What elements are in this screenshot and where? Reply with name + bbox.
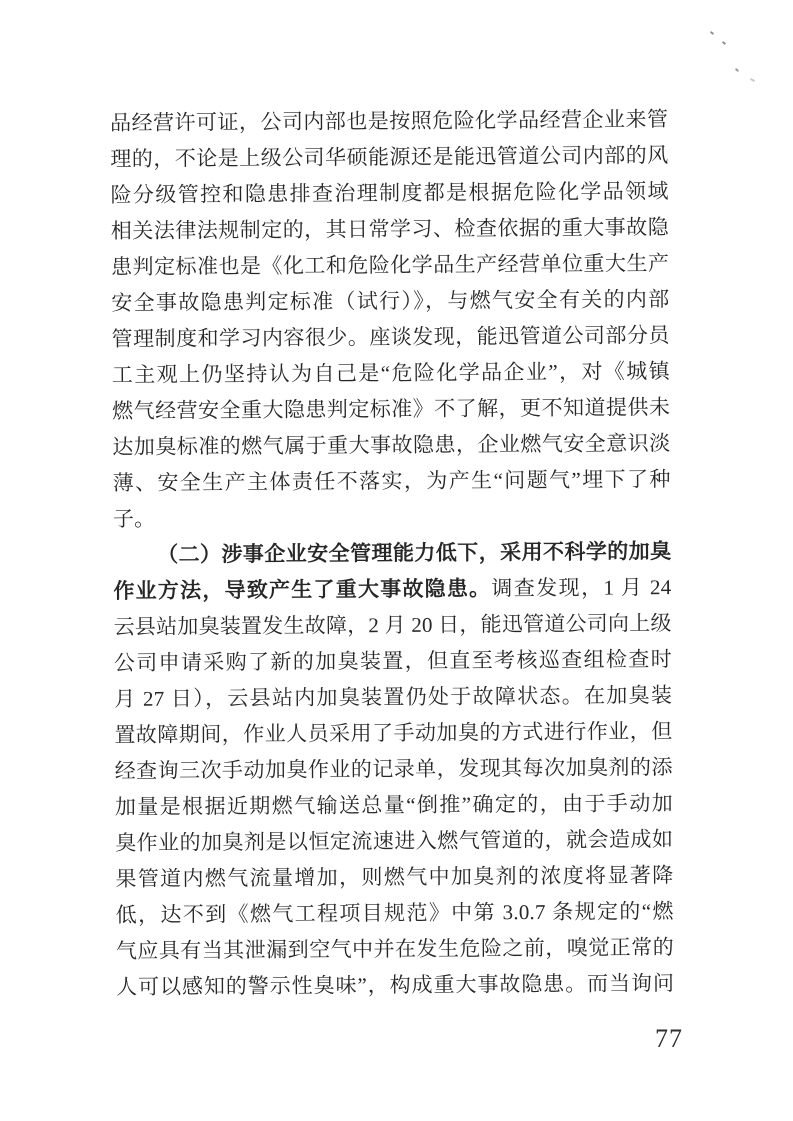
text-line: 薄、安全生产主体责任不落实，为产生“问题气”埋下了种 bbox=[113, 461, 671, 501]
text-run: 气应具有当其泄漏到空气中并在发生危险之前，嗅觉正常的 bbox=[116, 935, 674, 963]
text-line: 置故障期间，作业人员采用了手动加臭的方式进行作业，但 bbox=[114, 713, 672, 753]
scan-artifact-speck bbox=[710, 31, 714, 35]
text-run: 加量是根据近期燃气输送总量“倒推”确定的，由于手动加 bbox=[115, 791, 673, 819]
text-run: 子。 bbox=[113, 507, 156, 531]
text-run: 相关法律法规制定的，其日常学习、检查依据的重大事故隐 bbox=[111, 215, 669, 243]
bold-text-run: （二）涉事企业安全管理能力低下，采用不科学的加臭 bbox=[157, 539, 671, 567]
text-run: 管理制度和学习内容很少。座谈发现，能迅管道公司部分员 bbox=[112, 323, 670, 351]
text-line: 理的，不论是上级公司华硕能源还是能迅管道公司内部的风 bbox=[110, 137, 668, 177]
text-run: 经查询三次手动加臭作业的记录单，发现其每次加臭剂的添 bbox=[115, 755, 673, 783]
text-run: 低，达不到《燃气工程项目规范》中第 3.0.7 条规定的“燃 bbox=[116, 899, 674, 927]
text-line: 经查询三次手动加臭作业的记录单，发现其每次加臭剂的添 bbox=[115, 749, 673, 789]
text-run: 公司申请采购了新的加臭装置，但直至考核巡查组检查时（3 bbox=[114, 647, 672, 681]
text-line: 月 27 日），云县站内加臭装置仍处于故障状态。在加臭装 bbox=[114, 677, 672, 717]
text-run: 安全事故隐患判定标准（试行）》，与燃气安全有关的内部 bbox=[111, 287, 669, 315]
bold-text-run: 作业方法，导致产生了重大事故隐患。 bbox=[113, 576, 491, 603]
text-line: 人可以感知的警示性臭味”，构成重大事故隐患。而当询问 bbox=[116, 965, 674, 1005]
text-run: 臭作业的加臭剂是以恒定流速进入燃气管道的，就会造成如 bbox=[115, 827, 673, 855]
page-number: 77 bbox=[655, 1024, 705, 1054]
text-line: 加量是根据近期燃气输送总量“倒推”确定的，由于手动加 bbox=[115, 785, 673, 825]
text-line: 公司申请采购了新的加臭装置，但直至考核巡查组检查时（3 bbox=[114, 641, 672, 681]
text-run: 燃气经营安全重大隐患判定标准》不了解，更不知道提供未 bbox=[112, 395, 670, 423]
text-line: 患判定标准也是《化工和危险化学品生产经营单位重大生产 bbox=[111, 245, 669, 285]
text-run: 患判定标准也是《化工和危险化学品生产经营单位重大生产 bbox=[111, 251, 669, 279]
text-run: 险分级管控和隐患排查治理制度都是根据危险化学品领域 bbox=[111, 179, 669, 207]
text-run: 达加臭标准的燃气属于重大事故隐患，企业燃气安全意识淡 bbox=[112, 431, 670, 459]
text-line: 子。 bbox=[113, 497, 671, 537]
scan-artifact-speck bbox=[750, 78, 755, 82]
document-body-text: 品经营许可证，公司内部也是按照危险化学品经营企业来管理的，不论是上级公司华硕能源… bbox=[110, 101, 674, 1005]
text-line: 险分级管控和隐患排查治理制度都是根据危险化学品领域 bbox=[111, 173, 669, 213]
text-line: 安全事故隐患判定标准（试行）》，与燃气安全有关的内部 bbox=[111, 281, 669, 321]
text-line: 云县站加臭装置发生故障，2 月 20 日，能迅管道公司向上级 bbox=[114, 605, 672, 645]
scan-artifact-speck bbox=[722, 41, 726, 45]
text-run: 果管道内燃气流量增加，则燃气中加臭剂的浓度将显著降 bbox=[115, 863, 673, 891]
text-line: 低，达不到《燃气工程项目规范》中第 3.0.7 条规定的“燃 bbox=[116, 893, 674, 933]
scan-artifact-speck bbox=[735, 68, 739, 72]
text-line: 燃气经营安全重大隐患判定标准》不了解，更不知道提供未 bbox=[112, 389, 670, 429]
text-run: 薄、安全生产主体责任不落实，为产生“问题气”埋下了种 bbox=[113, 467, 671, 495]
text-run: 人可以感知的警示性臭味”，构成重大事故隐患。而当询问 bbox=[116, 971, 674, 999]
text-line: 果管道内燃气流量增加，则燃气中加臭剂的浓度将显著降 bbox=[115, 857, 673, 897]
text-line: 相关法律法规制定的，其日常学习、检查依据的重大事故隐 bbox=[111, 209, 669, 249]
text-line: 管理制度和学习内容很少。座谈发现，能迅管道公司部分员 bbox=[112, 317, 670, 357]
text-run: 月 27 日），云县站内加臭装置仍处于故障状态。在加臭装 bbox=[114, 683, 672, 711]
text-run: 品经营许可证，公司内部也是按照危险化学品经营企业来管 bbox=[110, 107, 668, 135]
text-run: 置故障期间，作业人员采用了手动加臭的方式进行作业，但 bbox=[114, 719, 672, 747]
scanned-page: 品经营许可证，公司内部也是按照危险化学品经营企业来管理的，不论是上级公司华硕能源… bbox=[0, 0, 793, 1121]
text-run: 工主观上仍坚持认为自己是“危险化学品企业”，对《城镇 bbox=[112, 359, 670, 387]
text-line: 臭作业的加臭剂是以恒定流速进入燃气管道的，就会造成如 bbox=[115, 821, 673, 861]
text-line: 气应具有当其泄漏到空气中并在发生危险之前，嗅觉正常的 bbox=[116, 929, 674, 969]
text-line: 工主观上仍坚持认为自己是“危险化学品企业”，对《城镇 bbox=[112, 353, 670, 393]
text-run: 云县站加臭装置发生故障，2 月 20 日，能迅管道公司向上级 bbox=[114, 611, 672, 639]
text-line: 品经营许可证，公司内部也是按照危险化学品经营企业来管 bbox=[110, 101, 668, 141]
text-line: 达加臭标准的燃气属于重大事故隐患，企业燃气安全意识淡 bbox=[112, 425, 670, 465]
text-line: （二）涉事企业安全管理能力低下，采用不科学的加臭 bbox=[113, 533, 671, 573]
text-line: 作业方法，导致产生了重大事故隐患。调查发现，1 月 24 日， bbox=[113, 569, 671, 609]
text-run: 理的，不论是上级公司华硕能源还是能迅管道公司内部的风 bbox=[110, 143, 668, 171]
